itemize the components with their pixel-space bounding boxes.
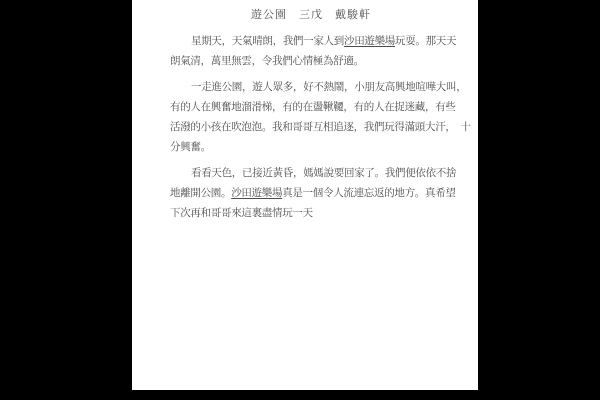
underlined-text: 沙田遊樂場 <box>231 187 282 199</box>
text-line: 朗氣清，萬里無雲，令我們心情極為舒適。 <box>170 51 452 71</box>
text-segment: 活潑的小孩在吹泡泡。我和哥哥互相追逐，我們玩得滿頭大汗， 十 <box>170 121 471 133</box>
text-segment: 看看天色，已接近黃昏，媽媽說要回家了。我們便依依不捨 <box>191 167 456 179</box>
underlined-text: 沙田遊樂場 <box>344 35 395 47</box>
text-segment: 星期天，天氣晴朗，我們一家人到 <box>191 35 344 47</box>
text-line: 星期天，天氣晴朗，我們一家人到沙田遊樂場玩耍。那天天 <box>170 31 452 51</box>
text-line: 活潑的小孩在吹泡泡。我和哥哥互相追逐，我們玩得滿頭大汗， 十 <box>170 117 452 137</box>
text-segment: 朗氣清，萬里無雲，令我們心情極為舒適。 <box>170 55 364 67</box>
text-segment: 一走進公園，遊人眾多，好不熱鬧，小朋友高興地喧嘩大叫， <box>191 81 466 93</box>
text-line: 看看天色，已接近黃昏，媽媽說要回家了。我們便依依不捨 <box>170 163 452 183</box>
document-page: 遊公園 三戊 戴駿軒 星期天，天氣晴朗，我們一家人到沙田遊樂場玩耍。那天天朗氣清… <box>132 0 478 390</box>
screen-background: 遊公園 三戊 戴駿軒 星期天，天氣晴朗，我們一家人到沙田遊樂場玩耍。那天天朗氣清… <box>0 0 600 400</box>
text-segment: 玩耍。那天天 <box>395 35 456 47</box>
essay-body: 星期天，天氣晴朗，我們一家人到沙田遊樂場玩耍。那天天朗氣清，萬里無雲，令我們心情… <box>170 31 452 223</box>
paragraph: 星期天，天氣晴朗，我們一家人到沙田遊樂場玩耍。那天天朗氣清，萬里無雲，令我們心情… <box>170 31 452 71</box>
text-line: 下次再和哥哥來這裏盡情玩一天 <box>170 203 452 223</box>
text-line: 分興奮。 <box>170 137 452 157</box>
text-segment: 下次再和哥哥來這裏盡情玩一天 <box>170 207 313 219</box>
paragraph: 一走進公園，遊人眾多，好不熱鬧，小朋友高興地喧嘩大叫，有的人在興奮地溜滑梯，有的… <box>170 77 452 157</box>
text-line: 有的人在興奮地溜滑梯，有的在盪鞦韆，有的人在捉迷藏，有些 <box>170 97 452 117</box>
paragraph: 看看天色，已接近黃昏，媽媽說要回家了。我們便依依不捨地離開公園。沙田遊樂場真是一… <box>170 163 452 223</box>
text-line: 地離開公園。沙田遊樂場真是一個令人流連忘返的地方。真希望 <box>170 183 452 203</box>
text-segment: 真是一個令人流連忘返的地方。真希望 <box>282 187 455 199</box>
essay-title: 遊公園 三戊 戴駿軒 <box>170 7 452 23</box>
text-line: 一走進公園，遊人眾多，好不熱鬧，小朋友高興地喧嘩大叫， <box>170 77 452 97</box>
text-segment: 有的人在興奮地溜滑梯，有的在盪鞦韆，有的人在捉迷藏，有些 <box>170 101 456 113</box>
text-segment: 地離開公園。 <box>170 187 231 199</box>
text-segment: 分興奮。 <box>170 141 211 153</box>
